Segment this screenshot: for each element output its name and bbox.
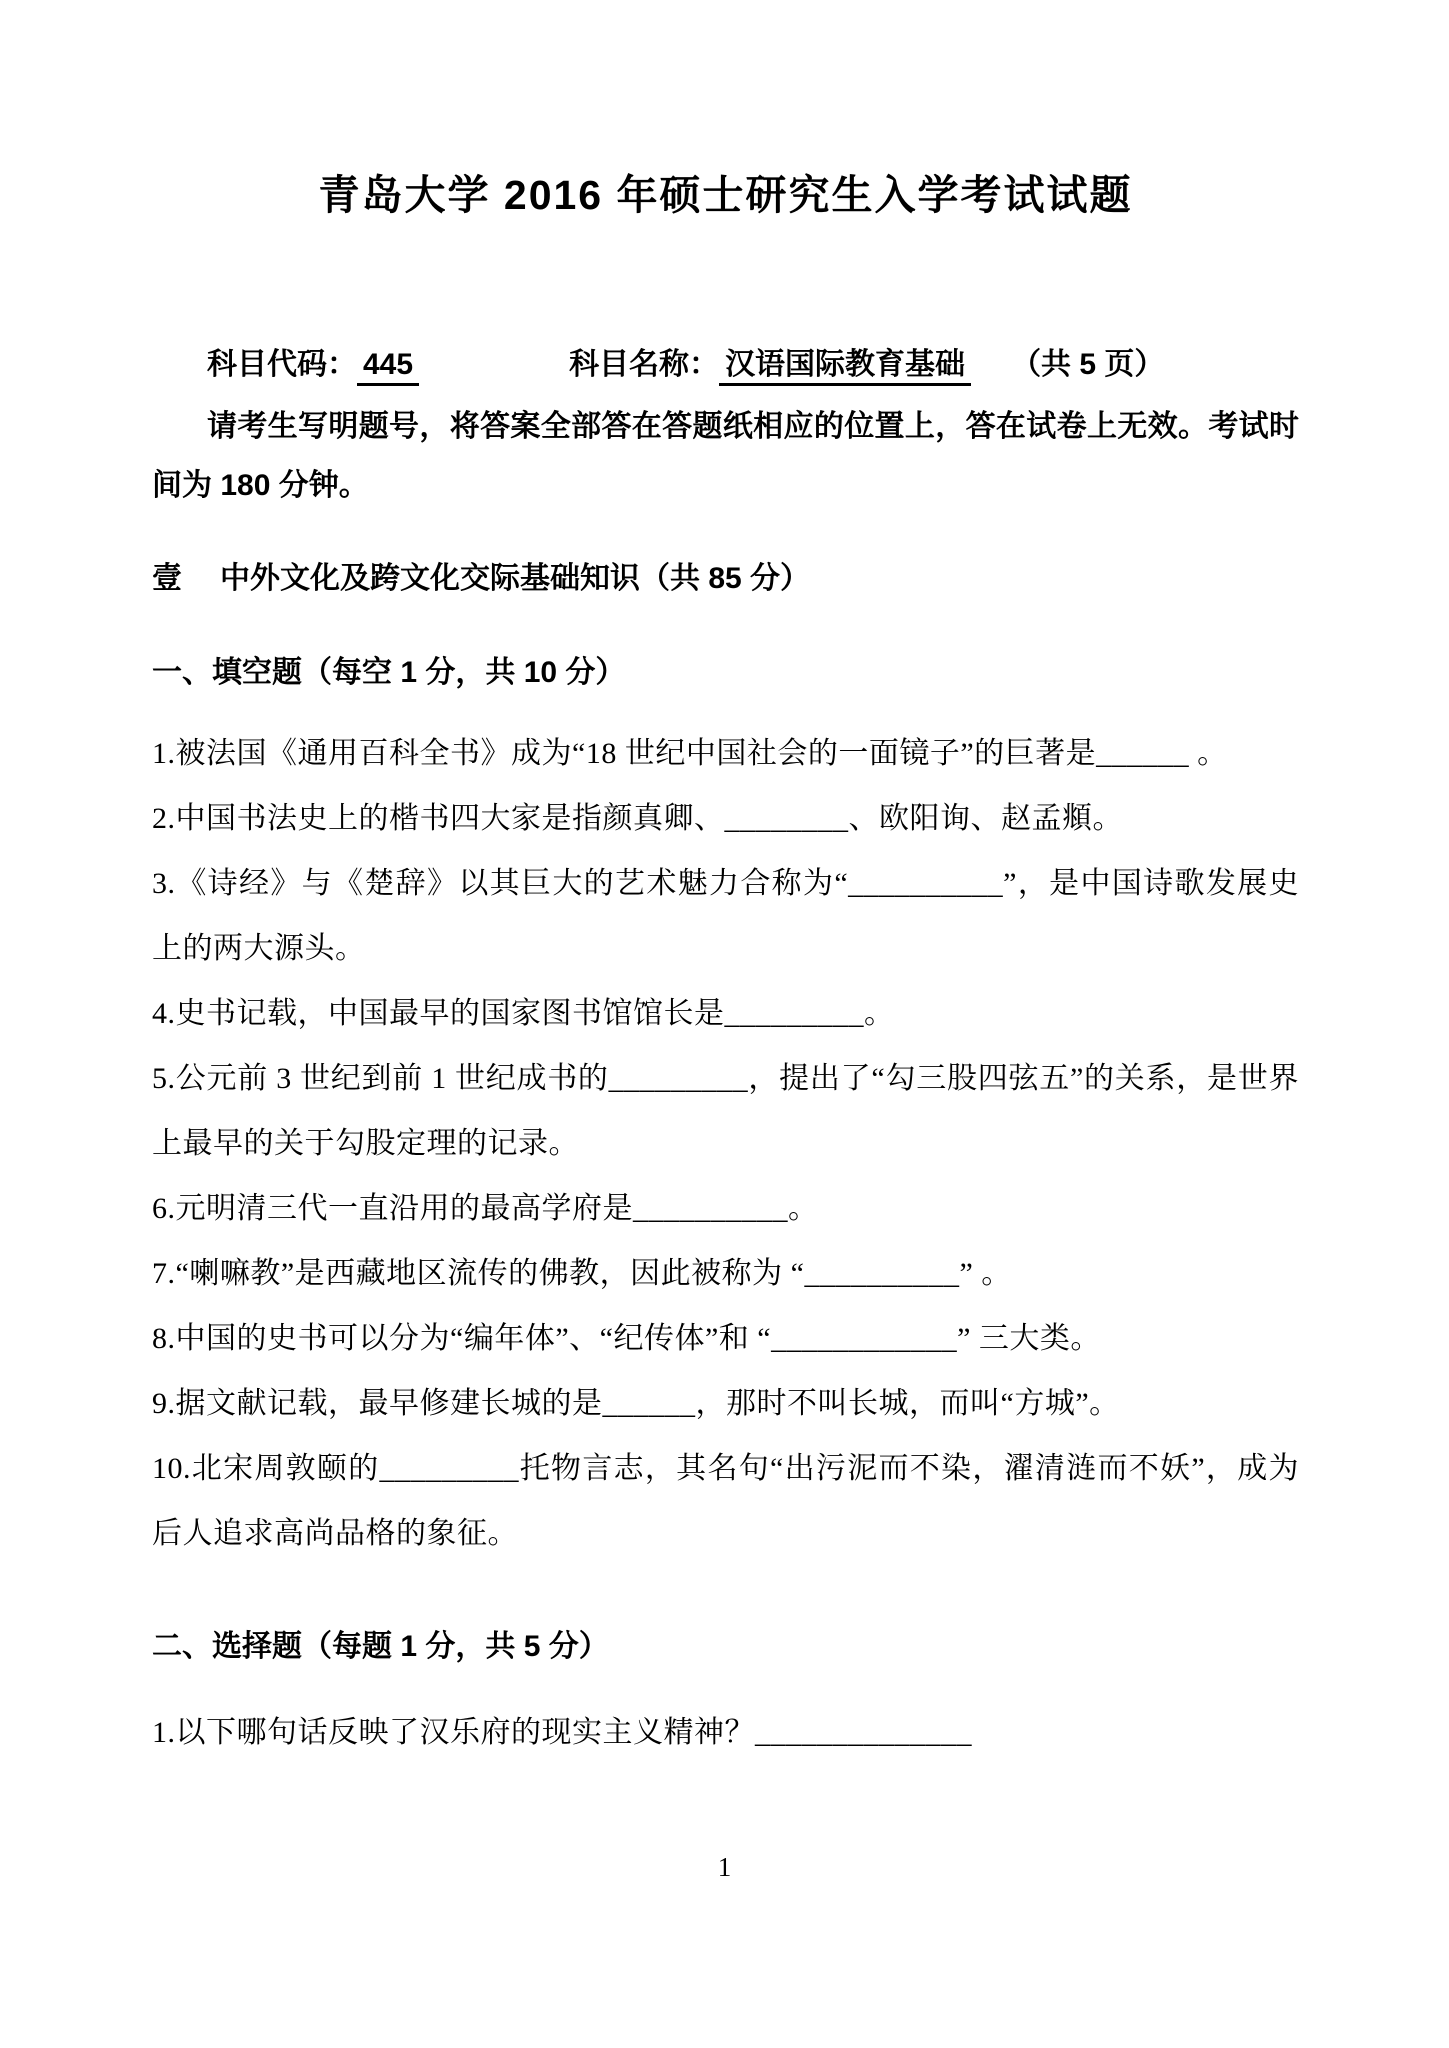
- fill-question-10: 10.北宋周敦颐的_________托物言志，其名句“出污泥而不染，濯清涟而不妖…: [152, 1436, 1299, 1566]
- page-number: 1: [0, 1852, 1449, 1883]
- exam-instructions: 请考生写明题号，将答案全部答在答题纸相应的位置上，答在试卷上无效。考试时间为 1…: [152, 397, 1299, 515]
- subject-code-value: 445: [357, 348, 419, 386]
- fill-question-2: 2.中国书法史上的楷书四大家是指颜真卿、________、欧阳询、赵孟頫。: [152, 786, 1299, 851]
- subject-info-line: 科目代码：445科目名称：汉语国际教育基础（共 5 页）: [152, 339, 1299, 383]
- subject-name-label: 科目名称：: [569, 348, 719, 381]
- fill-question-8: 8.中国的史书可以分为“编年体”、“纪传体”和 “____________” 三…: [152, 1306, 1299, 1371]
- fill-question-7: 7.“喇嘛教”是西藏地区流传的佛教，因此被称为 “__________” 。: [152, 1241, 1299, 1306]
- exam-paper-page: 青岛大学 2016 年硕士研究生入学考试试题 科目代码：445科目名称：汉语国际…: [0, 0, 1449, 2048]
- subject-name-value: 汉语国际教育基础: [719, 348, 971, 386]
- multiple-choice-heading: 二、选择题（每题 1 分，共 5 分）: [152, 1621, 1299, 1665]
- page-content: 青岛大学 2016 年硕士研究生入学考试试题 科目代码：445科目名称：汉语国际…: [0, 0, 1449, 1765]
- fill-question-5: 5.公元前 3 世纪到前 1 世纪成书的_________，提出了“勾三股四弦五…: [152, 1046, 1299, 1176]
- fill-question-3: 3.《诗经》与《楚辞》以其巨大的艺术魅力合称为“__________”，是中国诗…: [152, 851, 1299, 981]
- fill-in-blanks-heading: 一、填空题（每空 1 分，共 10 分）: [152, 647, 1299, 691]
- multiple-choice-questions: 1.以下哪句话反映了汉乐府的现实主义精神？______________: [152, 1700, 1299, 1765]
- page-title: 青岛大学 2016 年硕士研究生入学考试试题: [152, 162, 1299, 221]
- fill-question-6: 6.元明清三代一直沿用的最高学府是__________。: [152, 1176, 1299, 1241]
- choice-question-1: 1.以下哪句话反映了汉乐府的现实主义精神？______________: [152, 1700, 1299, 1765]
- section-1-number: 壹: [152, 562, 182, 595]
- fill-question-9: 9.据文献记载，最早修建长城的是______，那时不叫长城，而叫“方城”。: [152, 1371, 1299, 1436]
- subject-code-label: 科目代码：: [207, 348, 357, 381]
- section-1-title: 中外文化及跨文化交际基础知识（共 85 分）: [220, 562, 810, 595]
- total-pages-note: （共 5 页）: [1011, 348, 1164, 381]
- section-1-heading: 壹中外文化及跨文化交际基础知识（共 85 分）: [152, 553, 1299, 597]
- fill-question-4: 4.史书记载，中国最早的国家图书馆馆长是_________。: [152, 981, 1299, 1046]
- fill-question-1: 1.被法国《通用百科全书》成为“18 世纪中国社会的一面镜子”的巨著是_____…: [152, 721, 1299, 786]
- fill-in-blanks-questions: 1.被法国《通用百科全书》成为“18 世纪中国社会的一面镜子”的巨著是_____…: [152, 721, 1299, 1566]
